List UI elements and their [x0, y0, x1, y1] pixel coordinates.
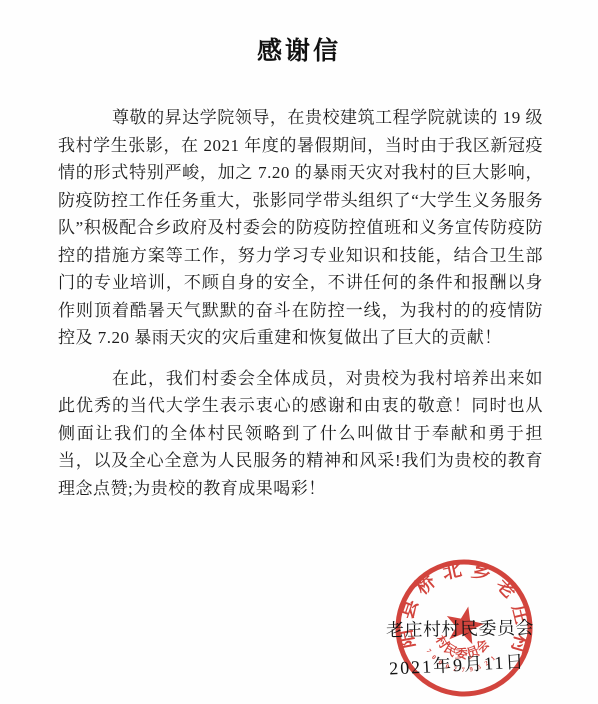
seal-arc-text: 阳县桥北乡老庄村 [393, 556, 536, 659]
paragraph-1: 尊敬的昇达学院领导，在贵校建筑工程学院就读的 19 级我村学生张影，在 2021… [58, 104, 543, 352]
paragraph-2: 在此，我们村委会全体成员，对贵校为我村培养出来如此优秀的当代大学生表示衷心的感谢… [58, 365, 543, 503]
letter-title: 感谢信 [0, 0, 598, 67]
signature: 老庄村村民委员会 [386, 614, 534, 643]
letter-body: 尊敬的昇达学院领导，在贵校建筑工程学院就读的 19 级我村学生张影，在 2021… [58, 104, 543, 502]
svg-text:阳县桥北乡老庄村: 阳县桥北乡老庄村 [393, 556, 536, 659]
letter-page: 感谢信 尊敬的昇达学院领导，在贵校建筑工程学院就读的 19 级我村学生张影，在 … [0, 0, 598, 704]
